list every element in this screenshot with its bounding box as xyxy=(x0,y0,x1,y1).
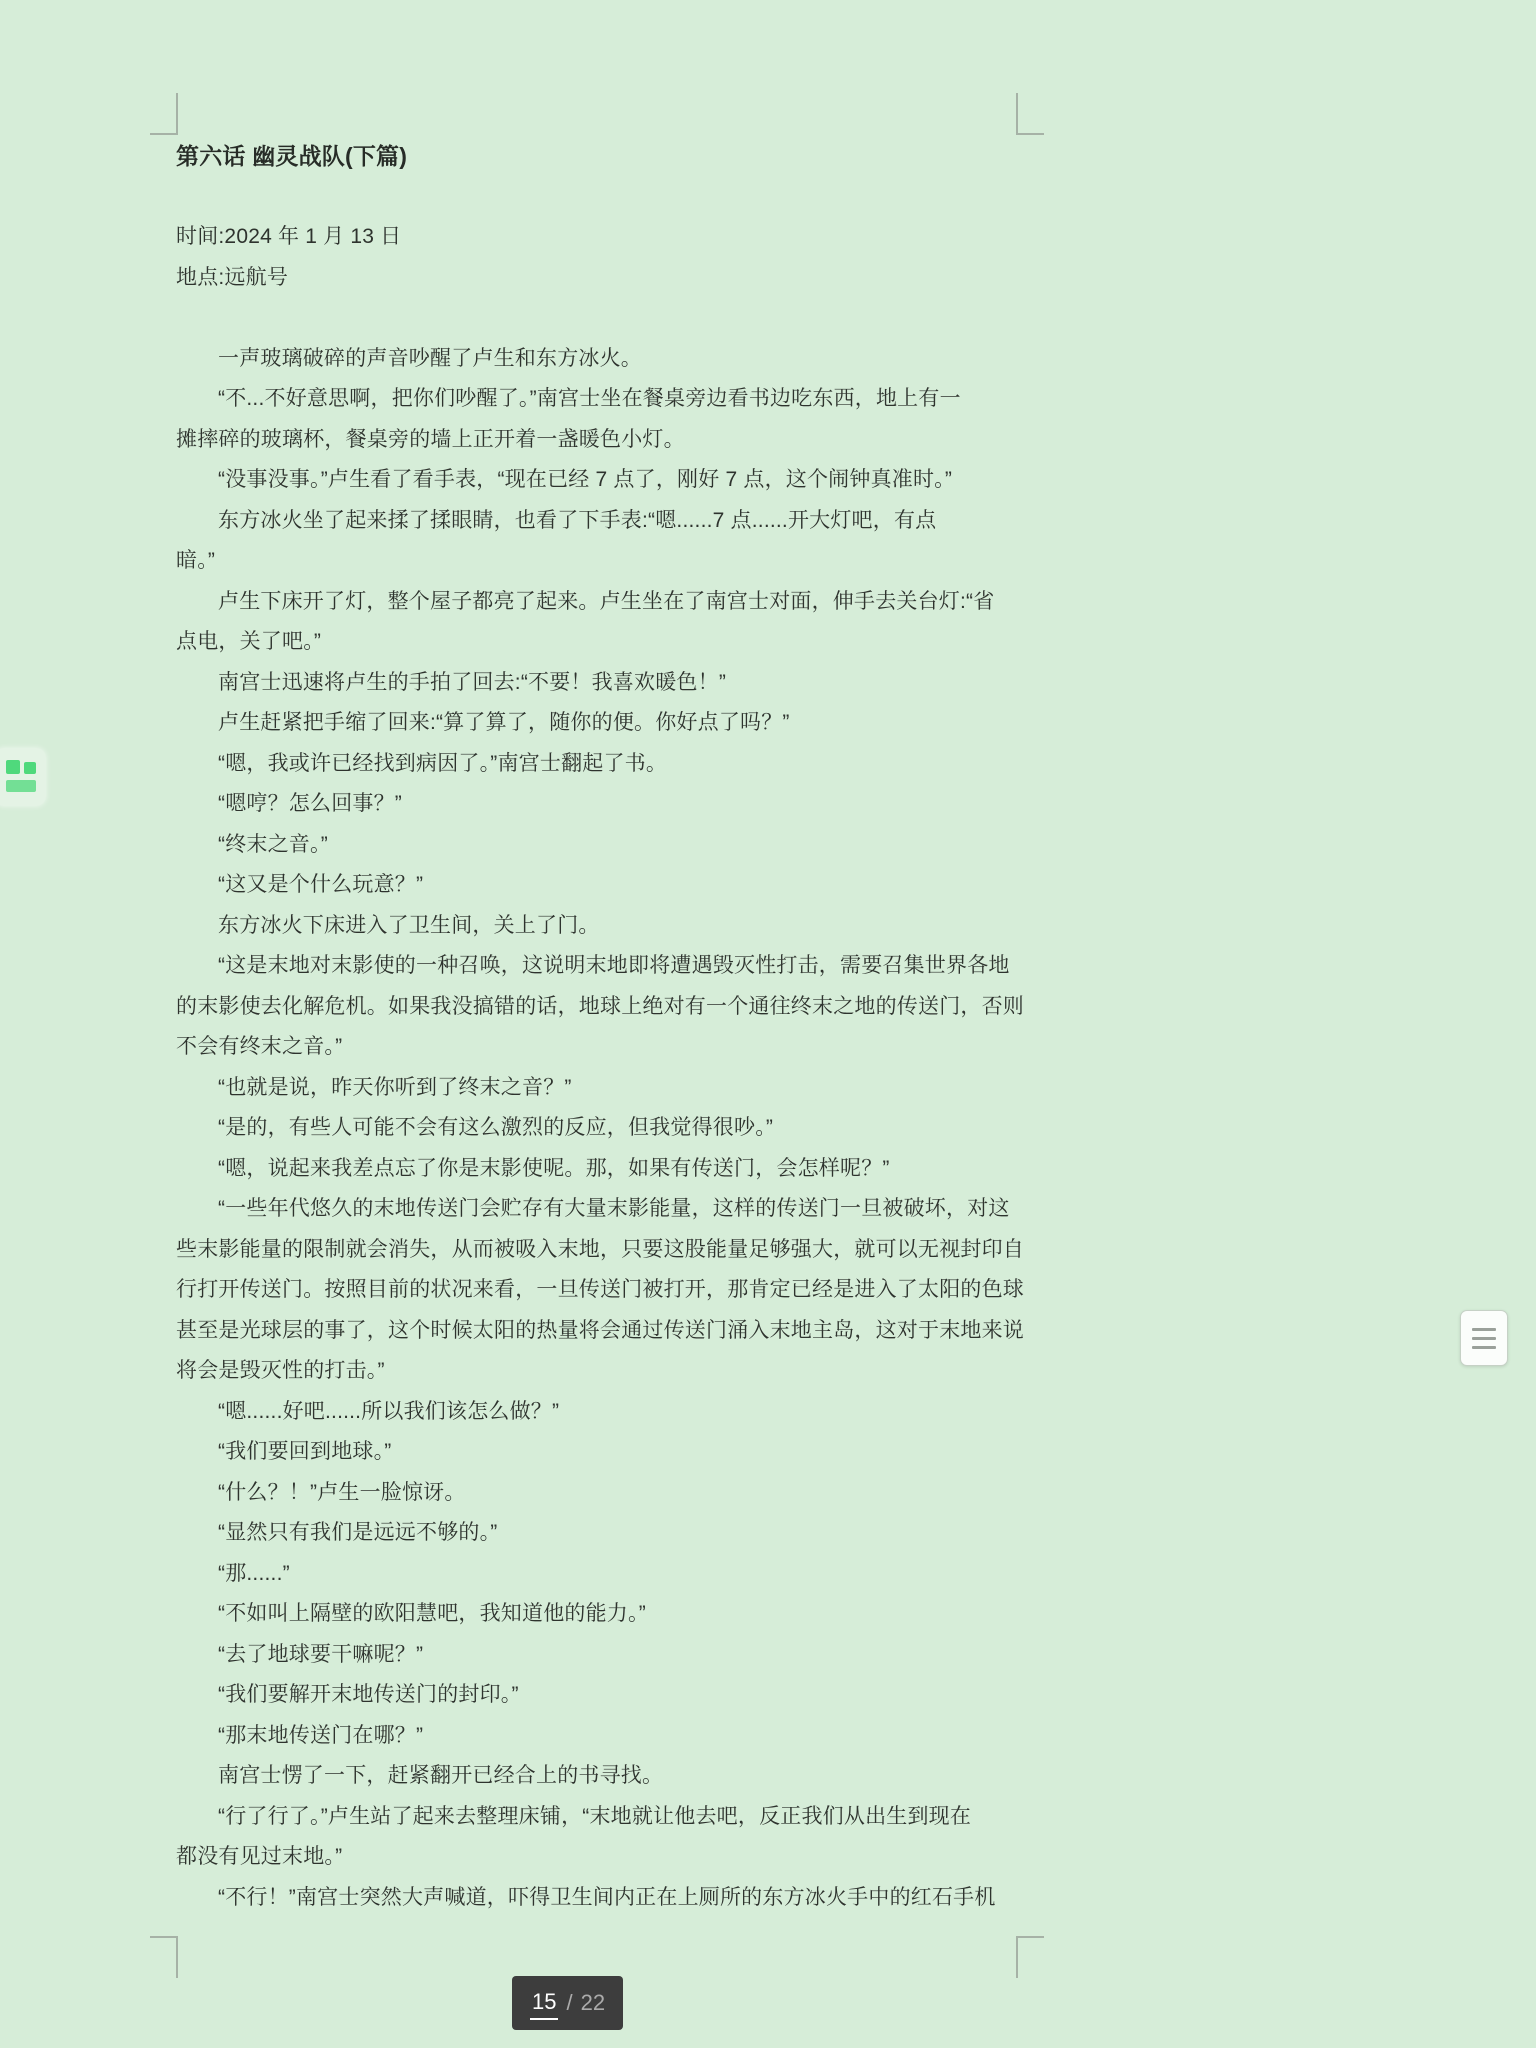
document-viewer: 第六话 幽灵战队(下篇) 时间:2024 年 1 月 13 日 地点:远航号 一… xyxy=(0,0,1536,2048)
text-line: “嗯，说起来我差点忘了你是末影使呢。那，如果有传送门，会怎样呢？” xyxy=(176,1149,1018,1190)
text-line: 卢生赶紧把手缩了回来:“算了算了，随你的便。你好点了吗？” xyxy=(176,703,1018,744)
hamburger-icon xyxy=(1472,1337,1496,1340)
text-line: “嗯......好吧......所以我们该怎么做？” xyxy=(176,1392,1018,1433)
text-line: “不如叫上隔壁的欧阳慧吧，我知道他的能力。” xyxy=(176,1594,1018,1635)
text-line: “这是末地对末影使的一种召唤，这说明末地即将遭遇毁灭性打击，需要召集世界各地 xyxy=(176,946,1018,987)
text-line: 甚至是光球层的事了，这个时候太阳的热量将会通过传送门涌入末地主岛，这对于末地来说 xyxy=(176,1311,1018,1352)
text-line: “那......” xyxy=(176,1554,1018,1595)
text-line: “什么？！”卢生一脸惊讶。 xyxy=(176,1473,1018,1514)
cropmark-top-right-icon xyxy=(1016,93,1044,135)
page-separator: / xyxy=(566,1990,572,2016)
hamburger-icon xyxy=(1472,1346,1496,1349)
text-line: 些末影能量的限制就会消失，从而被吸入末地，只要这股能量足够强大，就可以无视封印自 xyxy=(176,1230,1018,1271)
text-line: “嗯哼？怎么回事？” xyxy=(176,784,1018,825)
badge-glyph xyxy=(6,760,20,774)
page-indicator[interactable]: 15 / 22 xyxy=(512,1976,623,2030)
text-line: “不...不好意思啊，把你们吵醒了。”南宫士坐在餐桌旁边看书边吃东西，地上有一 xyxy=(176,379,1018,420)
document-title: 第六话 幽灵战队(下篇) xyxy=(176,136,1018,177)
text-line: 摊摔碎的玻璃杯，餐桌旁的墙上正开着一盏暖色小灯。 xyxy=(176,420,1018,461)
text-line: “这又是个什么玩意？” xyxy=(176,865,1018,906)
text-line: “是的，有些人可能不会有这么激烈的反应，但我觉得很吵。” xyxy=(176,1108,1018,1149)
cropmark-bottom-right-icon xyxy=(1016,1936,1044,1978)
text-line: “不行！”南宫士突然大声喊道，吓得卫生间内正在上厕所的东方冰火手中的红石手机 xyxy=(176,1878,1018,1919)
text-line: “也就是说，昨天你听到了终末之音？” xyxy=(176,1068,1018,1109)
text-line: “没事没事。”卢生看了看手表，“现在已经 7 点了，刚好 7 点，这个闹钟真准时… xyxy=(176,460,1018,501)
green-badge-icon[interactable] xyxy=(0,748,46,806)
cropmark-bottom-left-icon xyxy=(150,1936,178,1978)
text-line: “一些年代悠久的末地传送门会贮存有大量末影能量，这样的传送门一旦被破坏，对这 xyxy=(176,1189,1018,1230)
text-line: 点电，关了吧。” xyxy=(176,622,1018,663)
text-line: 行打开传送门。按照目前的状况来看，一旦传送门被打开，那肯定已经是进入了太阳的色球 xyxy=(176,1270,1018,1311)
text-line: 东方冰火坐了起来揉了揉眼睛，也看了下手表:“嗯......7 点......开大… xyxy=(176,501,1018,542)
text-line: 不会有终末之音。” xyxy=(176,1027,1018,1068)
text-line: “显然只有我们是远远不够的。” xyxy=(176,1513,1018,1554)
text-line: 一声玻璃破碎的声音吵醒了卢生和东方冰火。 xyxy=(176,339,1018,380)
text-line: “我们要解开末地传送门的封印。” xyxy=(176,1675,1018,1716)
current-page: 15 xyxy=(530,1987,558,2020)
text-line: “我们要回到地球。” xyxy=(176,1432,1018,1473)
text-line: “行了行了。”卢生站了起来去整理床铺，“末地就让他去吧，反正我们从出生到现在 xyxy=(176,1797,1018,1838)
text-line: “那末地传送门在哪？” xyxy=(176,1716,1018,1757)
meta-time: 时间:2024 年 1 月 13 日 xyxy=(176,217,1018,258)
hamburger-icon xyxy=(1472,1328,1496,1331)
badge-glyph xyxy=(6,780,36,792)
text-line: 南宫士迅速将卢生的手拍了回去:“不要！我喜欢暖色！” xyxy=(176,663,1018,704)
text-line: “嗯，我或许已经找到病因了。”南宫士翻起了书。 xyxy=(176,744,1018,785)
text-line: 的末影使去化解危机。如果我没搞错的话，地球上绝对有一个通往终末之地的传送门，否则 xyxy=(176,987,1018,1028)
text-line: 卢生下床开了灯，整个屋子都亮了起来。卢生坐在了南宫士对面，伸手去关台灯:“省 xyxy=(176,582,1018,623)
document-body: 一声玻璃破碎的声音吵醒了卢生和东方冰火。“不...不好意思啊，把你们吵醒了。”南… xyxy=(176,339,1018,1919)
text-line: “去了地球要干嘛呢？” xyxy=(176,1635,1018,1676)
text-line: 东方冰火下床进入了卫生间，关上了门。 xyxy=(176,906,1018,947)
text-line: “终末之音。” xyxy=(176,825,1018,866)
text-line: 南宫士愣了一下，赶紧翻开已经合上的书寻找。 xyxy=(176,1756,1018,1797)
text-line: 暗。” xyxy=(176,541,1018,582)
blank-line xyxy=(176,298,1018,339)
meta-location: 地点:远航号 xyxy=(176,258,1018,299)
scroll-handle[interactable] xyxy=(1460,1310,1508,1366)
document-page[interactable]: 第六话 幽灵战队(下篇) 时间:2024 年 1 月 13 日 地点:远航号 一… xyxy=(176,136,1018,1918)
badge-glyph xyxy=(24,762,36,774)
cropmark-top-left-icon xyxy=(150,93,178,135)
text-line: 将会是毁灭性的打击。” xyxy=(176,1351,1018,1392)
text-line: 都没有见过末地。” xyxy=(176,1837,1018,1878)
blank-line xyxy=(176,177,1018,218)
total-pages: 22 xyxy=(581,1990,605,2016)
